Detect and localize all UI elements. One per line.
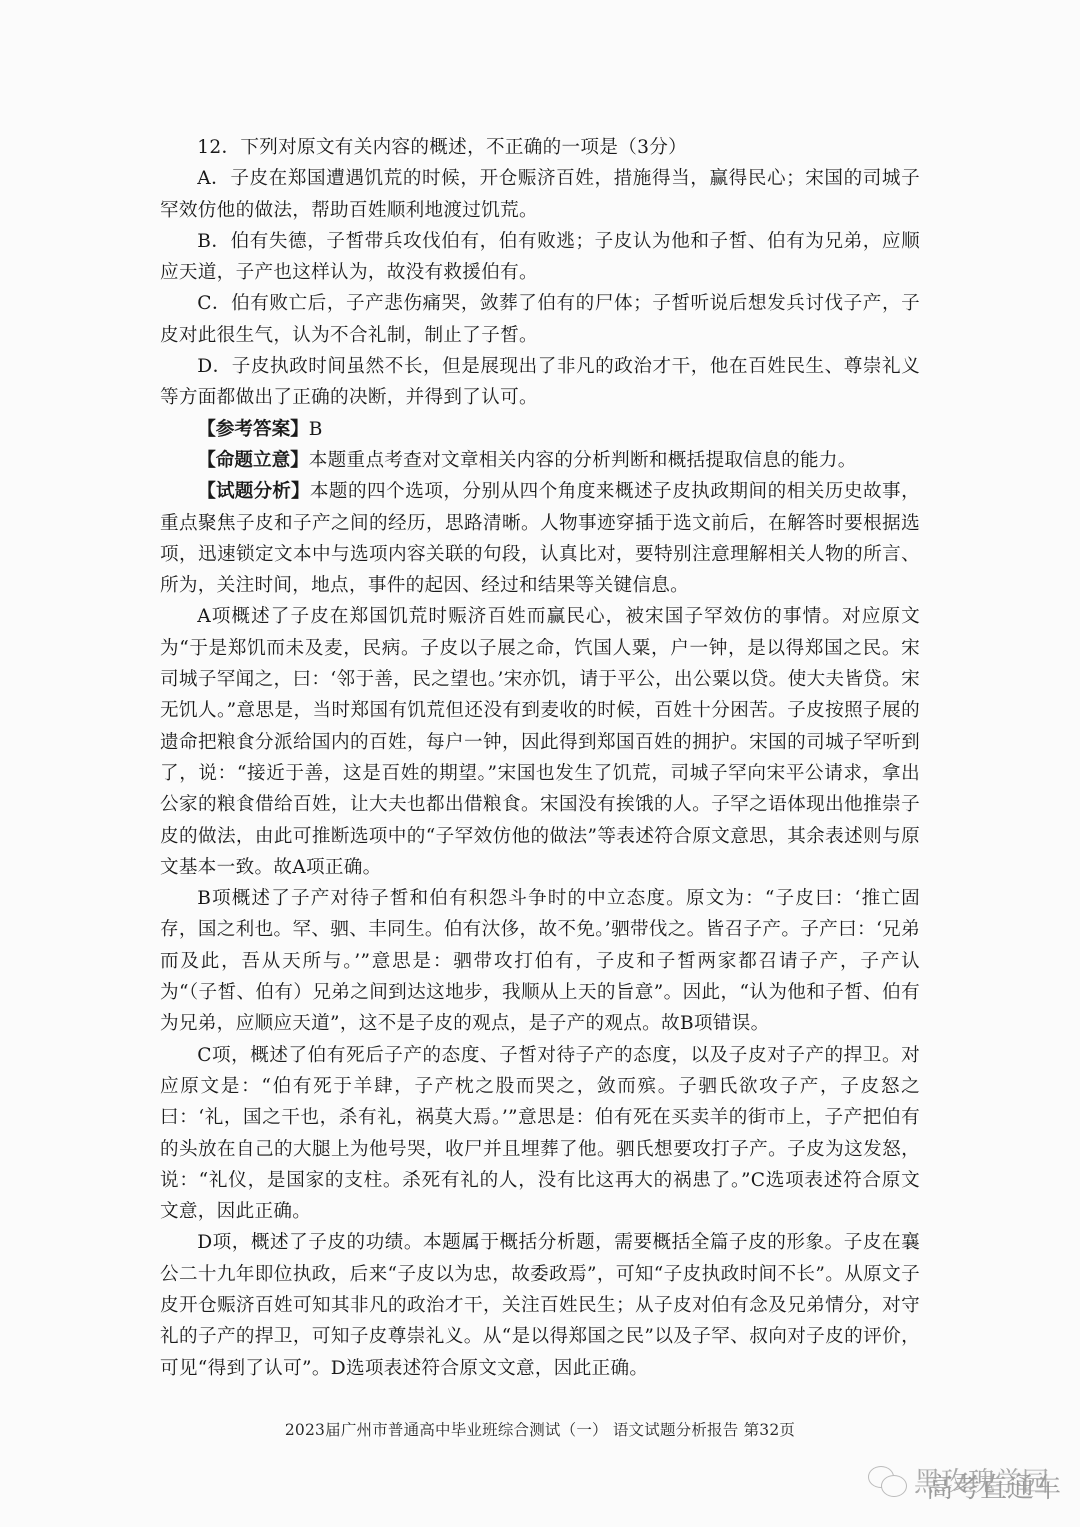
analysis-option-b: B项概述了子产对待子皙和伯有积怨斗争时的中立态度。原文为：“子皮曰：‘推亡固存，… <box>160 883 920 1039</box>
option-d: D．子皮执政时间虽然不长，但是展现出了非凡的政治才干，他在百姓民生、尊崇礼义等方… <box>160 351 920 414</box>
reference-answer: 【参考答案】B <box>160 414 920 445</box>
analysis-intro: 【试题分析】本题的四个选项，分别从四个角度来概述子皮执政期间的相关历史故事，重点… <box>160 476 920 601</box>
page-footer: 2023届广州市普通高中毕业班综合测试（一） 语文试题分析报告 第32页 <box>0 1418 1080 1440</box>
watermark: 黑玫瑰学园 高考直通车 <box>868 1466 1049 1498</box>
option-a: A．子皮在郑国遭遇饥荒的时候，开仓赈济百姓，措施得当，赢得民心；宋国的司城子罕效… <box>160 163 920 226</box>
question-intent: 【命题立意】本题重点考查对文章相关内容的分析判断和概括提取信息的能力。 <box>160 445 920 476</box>
analysis-option-a: A项概述了子皮在郑国饥荒时赈济百姓而赢民心，被宋国子罕效仿的事情。对应原文为“于… <box>160 601 920 883</box>
watermark-text: 黑玫瑰学园 高考直通车 <box>914 1469 1049 1496</box>
wechat-icon <box>868 1466 908 1498</box>
option-b: B．伯有失德，子皙带兵攻伐伯有，伯有败逃；子皮认为他和子皙、伯有为兄弟，应顺应天… <box>160 226 920 289</box>
answer-tag: 【参考答案】 <box>197 419 309 440</box>
analysis-option-c: C项，概述了伯有死后子产的态度、子皙对待子产的态度，以及子皮对子产的捍卫。对应原… <box>160 1040 920 1228</box>
analysis-tag: 【试题分析】 <box>197 481 310 502</box>
answer-value: B <box>309 419 323 440</box>
analysis-option-d: D项，概述了子皮的功绩。本题属于概括分析题，需要概括全篇子皮的形象。子皮在襄公二… <box>160 1227 920 1383</box>
question-title: 12．下列对原文有关内容的概述，不正确的一项是（3分） <box>160 132 920 163</box>
option-c: C．伯有败亡后，子产悲伤痛哭，敛葬了伯有的尸体；子皙听说后想发兵讨伐子产，子皮对… <box>160 288 920 351</box>
intent-tag: 【命题立意】 <box>197 450 309 471</box>
watermark-line2: 高考直通车 <box>926 1475 1061 1502</box>
intent-text: 本题重点考查对文章相关内容的分析判断和概括提取信息的能力。 <box>309 450 857 471</box>
document-page: 12．下列对原文有关内容的概述，不正确的一项是（3分） A．子皮在郑国遭遇饥荒的… <box>160 132 920 1384</box>
